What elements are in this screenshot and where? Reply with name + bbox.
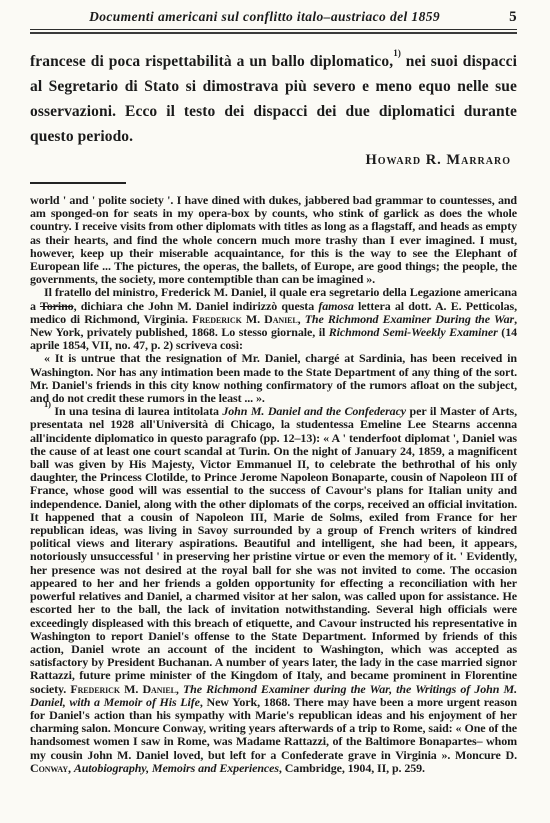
torino-strikethrough: Torino	[40, 299, 74, 313]
richmond-examiner-title: The Richmond Examiner During the War	[305, 312, 514, 326]
frederick-daniel-smallcaps-2: Frederick M. Daniel	[70, 682, 175, 696]
conway-smallcaps: Conway	[30, 761, 68, 775]
page-header: Documenti americani sul conflitto italo–…	[30, 9, 517, 26]
famosa-italic: famosa	[318, 299, 353, 313]
fn-b-text-4: ,	[298, 312, 305, 326]
autobiography-title: Autobiography, Memoirs and Experiences	[74, 761, 279, 775]
confederacy-thesis-title: John M. Daniel and the Confederacy	[222, 404, 406, 418]
footnote-separator	[30, 182, 126, 184]
footnote-continuation-paragraph: world ' and ' polite society '. I have d…	[30, 194, 517, 286]
footnote-fratello-paragraph: Il fratello del ministro, Frederick M. D…	[30, 286, 517, 352]
author-name: Howard R. Marraro	[30, 152, 511, 169]
fn-d-text-2: per il Master of Arts, presentata nel 19…	[30, 404, 517, 695]
footnote-1-marker: 1)	[44, 399, 51, 409]
main-paragraph: francese di poca rispettabilità a un bal…	[30, 49, 517, 149]
fn-b-text-2: , dichiara che John M. Daniel indirizzò …	[74, 299, 319, 313]
footnote-reference-1: 1)	[393, 48, 401, 58]
page-number: 5	[509, 9, 517, 26]
footnote-1-paragraph: 1) In una tesina di laurea intitolata Jo…	[30, 405, 517, 775]
main-text-start: francese di poca rispettabilità a un bal…	[30, 53, 393, 70]
header-rule	[30, 29, 517, 34]
fn-d-text-3: ,	[176, 682, 183, 696]
frederick-daniel-smallcaps: Frederick M. Daniel	[192, 312, 297, 326]
fn-d-text-1: In una tesina di laurea intitolata	[51, 404, 222, 418]
footnotes-section: world ' and ' polite society '. I have d…	[30, 194, 517, 775]
semi-weekly-examiner-title: Richmond Semi-Weekly Examiner	[329, 325, 498, 339]
footnote-quote-paragraph: « It is untrue that the resignation of M…	[30, 352, 517, 405]
document-page: Documenti americani sul conflitto italo–…	[0, 0, 550, 823]
fn-d-text-6: , Cambridge, 1904, II, p. 259.	[279, 761, 425, 775]
running-title: Documenti americani sul conflitto italo–…	[30, 9, 499, 25]
